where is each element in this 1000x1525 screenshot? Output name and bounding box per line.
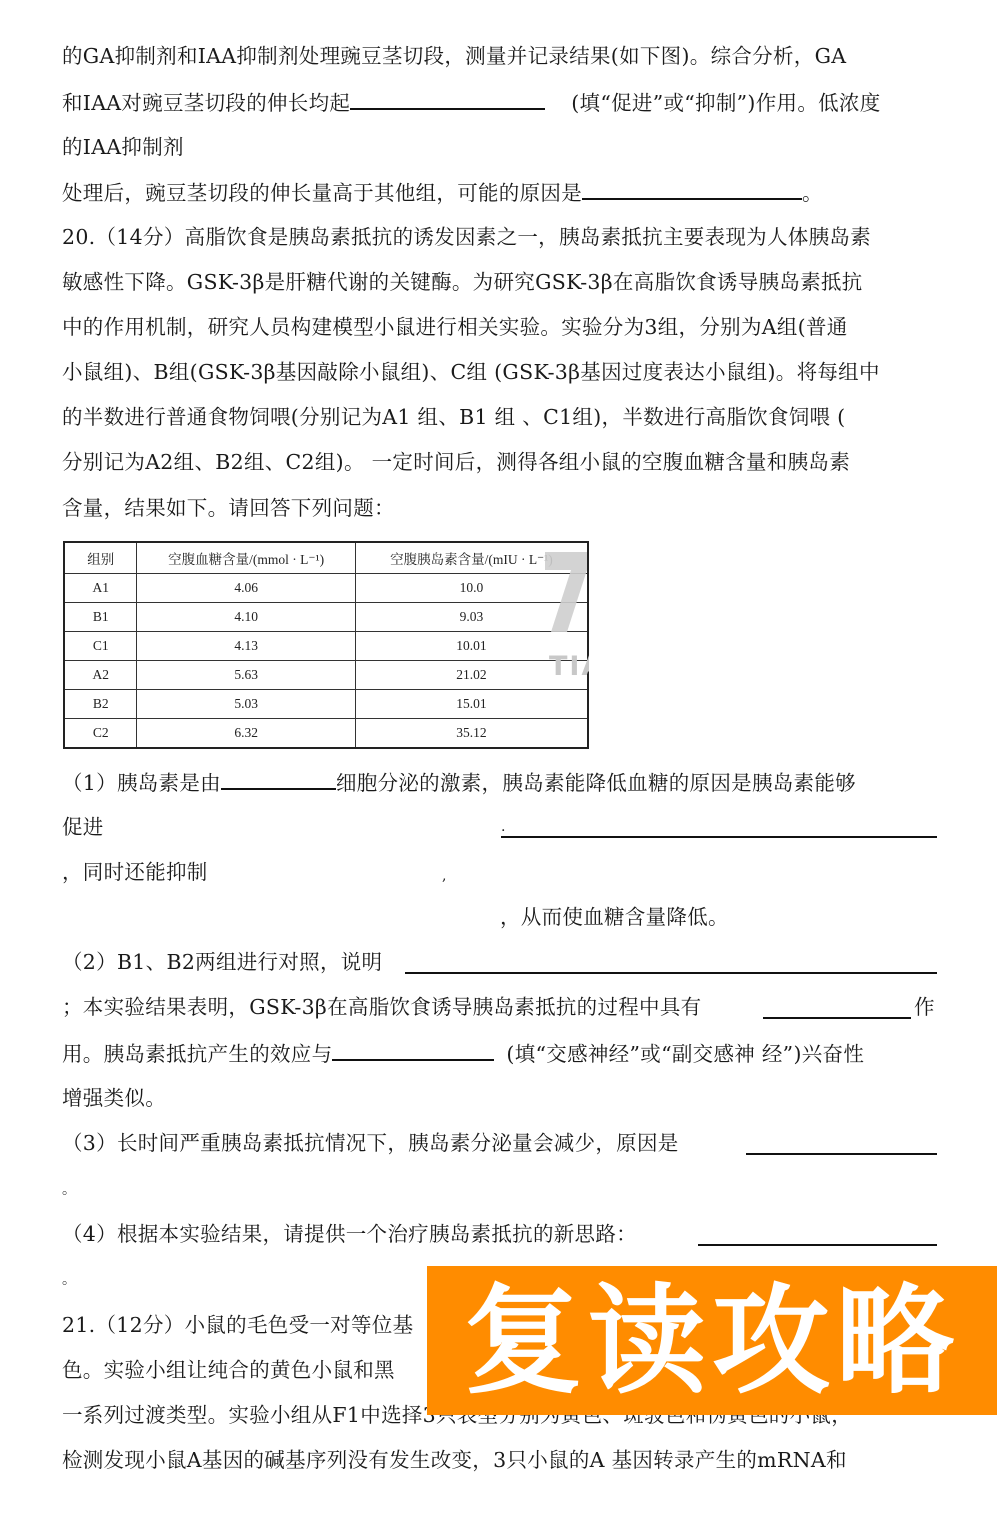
sub1-text-b: 细胞分泌的激素，胰岛素能降低血糖的原因是胰岛素能够	[336, 771, 856, 795]
watermark-text: TIA	[549, 651, 589, 682]
answer-blank[interactable]	[698, 1244, 937, 1246]
intro-line-2-text: 和IAA对豌豆茎切段的伸长均起	[62, 91, 350, 115]
cell-group: C1	[64, 632, 137, 661]
sub2-text-a: （2）B1、B2两组进行对照，说明	[62, 950, 382, 974]
answer-blank[interactable]	[746, 1153, 937, 1155]
answer-blank[interactable]	[350, 88, 545, 110]
watermark-banner: 复读攻略	[427, 1266, 997, 1415]
sub1-line-3: ，同时还能抑制	[62, 858, 208, 886]
cell-glucose: 5.03	[137, 690, 355, 719]
q20-line-6: 分别记为A2组、B2组、C2组)。 一定时间后，测得各组小鼠的空腹血糖含量和胰岛…	[62, 448, 850, 476]
answer-blank[interactable]	[582, 178, 802, 200]
sub1-line-2: 促进	[62, 813, 104, 841]
intro-line-2: 和IAA对豌豆茎切段的伸长均起(填“促进”或“抑制”)作用。低浓度	[62, 88, 881, 117]
sub2-line-3: 用。胰岛素抵抗产生的效应与(填“交感神经”或“副交感神 经”)兴奋性	[62, 1039, 864, 1068]
answer-blank[interactable]	[763, 1017, 911, 1019]
cell-insulin: 35.12	[355, 719, 588, 749]
sub2-line-4: 增强类似。	[62, 1084, 166, 1112]
results-table: 组别 空腹血糖含量/(mmol · L⁻¹) 空腹胰岛素含量/(mIU · L⁻…	[63, 541, 589, 749]
sub2-line-2: ；本实验结果表明，GSK-3β在高脂饮食诱导胰岛素抵抗的过程中具有	[62, 993, 701, 1021]
sub3-period: 。	[62, 1176, 76, 1204]
banner-text: 复读攻略	[464, 1282, 960, 1400]
cell-group: A2	[64, 661, 137, 690]
cell-glucose: 4.06	[137, 574, 355, 603]
header-group: 组别	[64, 542, 137, 574]
sub4-period: 。	[62, 1266, 76, 1294]
sub2-text-d: 用。胰岛素抵抗产生的效应与	[62, 1042, 332, 1066]
sub2-text-b: ；本实验结果表明，GSK-3β在高脂饮食诱导胰岛素抵抗的过程中具有	[62, 995, 701, 1019]
q20-line-3: 中的作用机制，研究人员构建模型小鼠进行相关实验。实验分为3组，分别为A组(普通	[62, 313, 848, 341]
cell-group: A1	[64, 574, 137, 603]
cell-glucose: 4.13	[137, 632, 355, 661]
cell-group: B1	[64, 603, 137, 632]
sub2-line-1: （2）B1、B2两组进行对照，说明	[62, 948, 382, 976]
sub2-text-c: 作	[914, 993, 935, 1021]
watermark-logo-icon	[545, 552, 587, 632]
cell-glucose: 5.63	[137, 661, 355, 690]
answer-blank[interactable]	[501, 836, 937, 838]
sub2-text-e: (填“交感神经”或“副交感神 经”)兴奋性	[506, 1042, 864, 1066]
answer-blank[interactable]	[405, 972, 937, 974]
table-row: A2 5.63 21.02	[64, 661, 588, 690]
intro-line-3: 的IAA抑制剂	[62, 133, 184, 161]
answer-blank[interactable]	[332, 1039, 494, 1061]
sub1-comma: ,	[442, 862, 447, 890]
intro-line-4: 处理后，豌豆茎切段的伸长量高于其他组，可能的原因是。	[62, 178, 823, 207]
table-header-row: 组别 空腹血糖含量/(mmol · L⁻¹) 空腹胰岛素含量/(mIU · L⁻…	[64, 542, 588, 574]
intro-line-1: 的GA抑制剂和IAA抑制剂处理豌豆茎切段，测量并记录结果(如下图)。综合分析，G…	[62, 42, 846, 70]
period: 。	[802, 181, 823, 205]
sub1-text-a: （1）胰岛素是由	[62, 771, 221, 795]
q20-line-7: 含量，结果如下。请回答下列问题：	[62, 494, 395, 522]
cell-glucose: 6.32	[137, 719, 355, 749]
intro-line-2-hint: (填“促进”或“抑制”)作用。低浓度	[571, 91, 880, 115]
cell-group: C2	[64, 719, 137, 749]
answer-blank[interactable]	[221, 768, 336, 790]
q20-line-5: 的半数进行普通食物饲喂(分别记为A1 组、B1 组 、C1组)，半数进行高脂饮食…	[62, 403, 845, 431]
sub4-line-1: （4）根据本实验结果，请提供一个治疗胰岛素抵抗的新思路：	[62, 1220, 637, 1248]
sub1-line-1: （1）胰岛素是由细胞分泌的激素，胰岛素能降低血糖的原因是胰岛素能够	[62, 768, 856, 797]
table-row: C2 6.32 35.12	[64, 719, 588, 749]
sub3-line-1: （3）长时间严重胰岛素抵抗情况下，胰岛素分泌量会减少，原因是	[62, 1129, 679, 1157]
q20-line-1: 20.（14分）高脂饮食是胰岛素抵抗的诱发因素之一，胰岛素抵抗主要表现为人体胰岛…	[62, 223, 871, 251]
q21-line-4: 检测发现小鼠A基因的碱基序列没有发生改变，3只小鼠的A 基因转录产生的mRNA和	[62, 1446, 847, 1474]
sub1-line-4: ，从而使血糖含量降低。	[500, 903, 729, 931]
table-row: B2 5.03 15.01	[64, 690, 588, 719]
q20-line-2: 敏感性下降。GSK-3β是肝糖代谢的关键酶。为研究GSK-3β在高脂饮食诱导胰岛…	[62, 268, 863, 296]
cell-glucose: 4.10	[137, 603, 355, 632]
header-blood-glucose: 空腹血糖含量/(mmol · L⁻¹)	[137, 542, 355, 574]
cell-insulin: 15.01	[355, 690, 588, 719]
table-row: B1 4.10 9.03	[64, 603, 588, 632]
q21-line-2: 色。实验小组让纯合的黄色小鼠和黑	[62, 1356, 395, 1384]
table-row: A1 4.06 10.0	[64, 574, 588, 603]
q20-line-4: 小鼠组)、B组(GSK-3β基因敲除小鼠组)、C组 (GSK-3β基因过度表达小…	[62, 358, 880, 386]
q21-line-1: 21.（12分）小鼠的毛色受一对等位基	[62, 1311, 413, 1339]
table-row: C1 4.13 10.01	[64, 632, 588, 661]
intro-line-4-text: 处理后，豌豆茎切段的伸长量高于其他组，可能的原因是	[62, 181, 582, 205]
cell-group: B2	[64, 690, 137, 719]
